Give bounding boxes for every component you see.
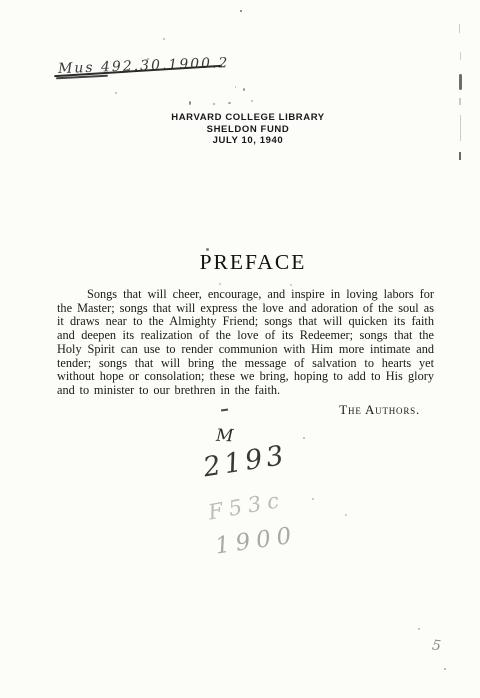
stamp-line-fund: SHELDON FUND	[171, 124, 325, 136]
scan-speck	[303, 437, 305, 439]
call-number-class-letter: M	[216, 426, 234, 447]
scan-speck	[206, 248, 209, 251]
scan-edge-mark	[459, 98, 461, 105]
call-number-number: 2193	[201, 440, 290, 484]
scan-speck	[243, 88, 245, 91]
scan-speck	[147, 58, 149, 60]
scan-speck	[213, 103, 215, 105]
scan-speck	[219, 283, 221, 285]
scan-speck	[235, 86, 236, 88]
scan-speck	[418, 628, 420, 630]
call-number-year: 1900	[214, 522, 299, 559]
scanned-book-page: Mus 492.30.1900.2 HARVARD COLLEGE LIBRAR…	[0, 0, 480, 698]
library-stamp: HARVARD COLLEGE LIBRARY SHELDON FUND JUL…	[171, 112, 325, 147]
preface-paragraph: Songs that will cheer, encourage, and in…	[57, 288, 434, 398]
authors-signature: The Authors.	[339, 402, 420, 418]
pencil-page-mark: 5	[431, 638, 442, 655]
scan-speck	[251, 100, 253, 102]
page-title: PREFACE	[200, 250, 307, 275]
scan-speck	[312, 498, 314, 500]
scan-speck	[189, 101, 191, 105]
scan-speck	[240, 10, 242, 12]
scan-speck	[163, 38, 165, 40]
scan-edge-mark	[459, 74, 462, 90]
scan-edge-mark	[459, 152, 461, 160]
stamp-line-date: JULY 10, 1940	[171, 135, 325, 147]
scan-speck	[228, 102, 231, 104]
scan-speck	[444, 668, 446, 670]
call-number-cutter: F53c	[207, 487, 287, 524]
scan-edge-mark	[459, 24, 460, 33]
scan-speck	[345, 514, 347, 516]
scan-speck	[290, 284, 292, 286]
scan-edge-mark	[460, 115, 461, 141]
scan-edge-mark	[460, 52, 461, 60]
scan-speck	[115, 92, 117, 94]
stray-pen-dash	[221, 409, 228, 412]
crossed-out-accession-note: Mus 492.30.1900.2	[58, 58, 233, 88]
stamp-line-library: HARVARD COLLEGE LIBRARY	[171, 112, 325, 124]
